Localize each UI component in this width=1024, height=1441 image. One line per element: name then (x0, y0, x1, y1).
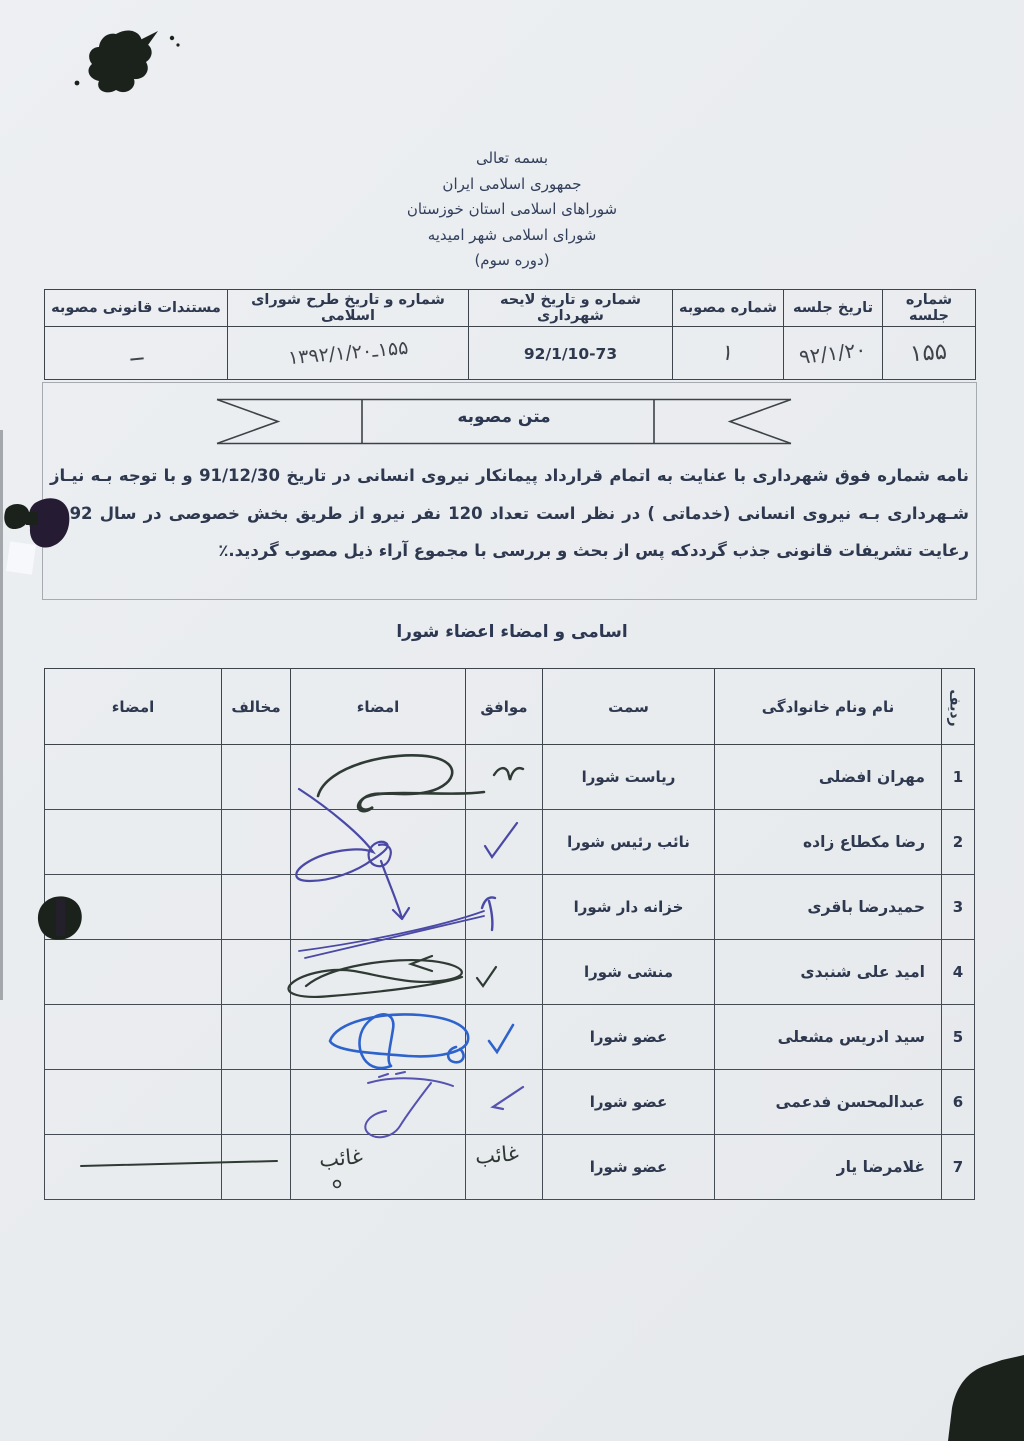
oppose-cell (222, 875, 291, 940)
resolution-box: متن مصوبه نامه شماره فوق شهرداری با عنای… (42, 382, 977, 600)
oppose-cell (222, 1070, 291, 1135)
table-row: 5 سید ادریس مشعلی عضو شورا (45, 1005, 975, 1070)
ink-blot-left-paragraph-small (4, 504, 29, 529)
table-row: 6 عبدالمحسن فدعمی عضو شورا (45, 1070, 975, 1135)
ink-blot-top-left-arm (138, 31, 158, 45)
signature-cell (291, 940, 466, 1005)
bill-no-date-value: 92/1/10-73 (469, 327, 673, 380)
member-role: نائب رئیس شورا (543, 810, 715, 875)
table-row: 2 رضا مکطاع زاده نائب رئیس شورا (45, 810, 975, 875)
col-agree: موافق (466, 669, 543, 745)
ink-blot-top-left (88, 31, 151, 93)
resolution-text: نامه شماره فوق شهرداری با عنایت به اتمام… (50, 457, 969, 570)
basmala: بسمه تعالی (0, 146, 1024, 172)
legal-refs-value: ــ (45, 327, 228, 380)
ink-blot-connector (26, 512, 38, 525)
oppose-cell (222, 810, 291, 875)
banner-title: متن مصوبه (216, 407, 792, 427)
signature-cell (291, 875, 466, 940)
col-session-no: شماره جلسه (883, 290, 976, 327)
city-council-title: شورای اسلامی شهر امیدیه (0, 223, 1024, 249)
province-councils-title: شوراهای اسلامی استان خوزستان (0, 197, 1024, 223)
oppose-cell (222, 940, 291, 1005)
letterhead: بسمه تعالی جمهوری اسلامی ایران شوراهای ا… (0, 146, 1024, 274)
scanned-council-resolution: { "ink": { "dark": "#2f3a34", "blue": "#… (0, 0, 1024, 1441)
member-name: مهران افضلی (715, 745, 942, 810)
row-no: 4 (942, 940, 975, 1005)
agree-cell (466, 875, 543, 940)
signature2-cell (45, 875, 222, 940)
signature2-cell (45, 810, 222, 875)
member-role: خزانه دار شورا (543, 875, 715, 940)
term-note: (دوره سوم) (0, 248, 1024, 274)
col-row-no: ردیف (942, 669, 975, 745)
row-no: 6 (942, 1070, 975, 1135)
col-plan-no-date: شماره و تاریخ طرح شورای اسلامی (228, 290, 469, 327)
agree-cell (466, 940, 543, 1005)
table-row: 1 مهران افضلی ریاست شورا (45, 745, 975, 810)
row-no: 5 (942, 1005, 975, 1070)
member-role: منشی شورا (543, 940, 715, 1005)
ink-speck (170, 36, 174, 40)
member-role: عضو شورا (543, 1070, 715, 1135)
col-signature-2: امضاء (45, 669, 222, 745)
ink-speck (176, 43, 179, 46)
session-no-value: ۱۵۵ (883, 327, 976, 380)
meta-header-row: شماره جلسه تاریخ جلسه شماره مصوبه شماره … (45, 290, 976, 327)
col-position: سمت (543, 669, 715, 745)
row-no: 1 (942, 745, 975, 810)
member-name: غلامرضا یار (715, 1135, 942, 1200)
plan-no-date-value: ۱۵۵ـ۱۳۹۲/۱/۲۰ (228, 327, 469, 380)
signature2-cell (45, 1135, 222, 1200)
session-date-value: ۹۲/۱/۲۰ (784, 327, 883, 380)
member-name: عبدالمحسن فدعمی (715, 1070, 942, 1135)
signature2-cell (45, 1005, 222, 1070)
signature2-cell (45, 745, 222, 810)
white-correction-patch (6, 541, 36, 574)
col-legal-refs: مستندات قانونی مصوبه (45, 290, 228, 327)
ink-blot-bottom-right (948, 1355, 1024, 1441)
agree-cell (466, 1005, 543, 1070)
meta-value-row: ۱۵۵ ۹۲/۱/۲۰ ۱ 92/1/10-73 ۱۵۵ـ۱۳۹۲/۱/۲۰ ـ… (45, 327, 976, 380)
col-full-name: نام ونام خانوادگی (715, 669, 942, 745)
col-signature: امضاء (291, 669, 466, 745)
signature2-cell (45, 1070, 222, 1135)
oppose-cell (222, 745, 291, 810)
row-no: 7 (942, 1135, 975, 1200)
col-oppose: مخالف (222, 669, 291, 745)
col-session-date: تاریخ جلسه (784, 290, 883, 327)
agree-cell (466, 745, 543, 810)
member-name: رضا مکطاع زاده (715, 810, 942, 875)
oppose-cell (222, 1135, 291, 1200)
signature-cell (291, 1005, 466, 1070)
signature-cell (291, 745, 466, 810)
signatures-header-row: ردیف نام ونام خانوادگی سمت موافق امضاء م… (45, 669, 975, 745)
table-row: 4 امید علی شنبدی منشی شورا (45, 940, 975, 1005)
member-role: عضو شورا (543, 1135, 715, 1200)
row-no: 2 (942, 810, 975, 875)
table-row: 3 حمیدرضا باقری خزانه دار شورا (45, 875, 975, 940)
ink-speck (75, 81, 80, 86)
absent-note-signature: غائب (296, 1146, 386, 1170)
agree-cell (466, 810, 543, 875)
signatures-section-title: اسامی و امضاء اعضاء شورا (0, 622, 1024, 642)
scan-edge-shadow (0, 430, 3, 1000)
resolution-meta-table: شماره جلسه تاریخ جلسه شماره مصوبه شماره … (44, 289, 976, 380)
signature-cell (291, 1070, 466, 1135)
member-name: حمیدرضا باقری (715, 875, 942, 940)
signature2-cell (45, 940, 222, 1005)
resolution-no-value: ۱ (673, 327, 784, 380)
col-bill-no-date: شماره و تاریخ لایحه شهرداری (469, 290, 673, 327)
member-name: امید علی شنبدی (715, 940, 942, 1005)
signatures-table: ردیف نام ونام خانوادگی سمت موافق امضاء م… (44, 668, 975, 1200)
member-role: عضو شورا (543, 1005, 715, 1070)
member-name: سید ادریس مشعلی (715, 1005, 942, 1070)
member-role: ریاست شورا (543, 745, 715, 810)
absent-note-agree: غائب (452, 1143, 542, 1167)
col-resolution-no: شماره مصوبه (673, 290, 784, 327)
row-no: 3 (942, 875, 975, 940)
country-title: جمهوری اسلامی ایران (0, 172, 1024, 198)
signature-cell (291, 810, 466, 875)
agree-cell (466, 1070, 543, 1135)
oppose-cell (222, 1005, 291, 1070)
